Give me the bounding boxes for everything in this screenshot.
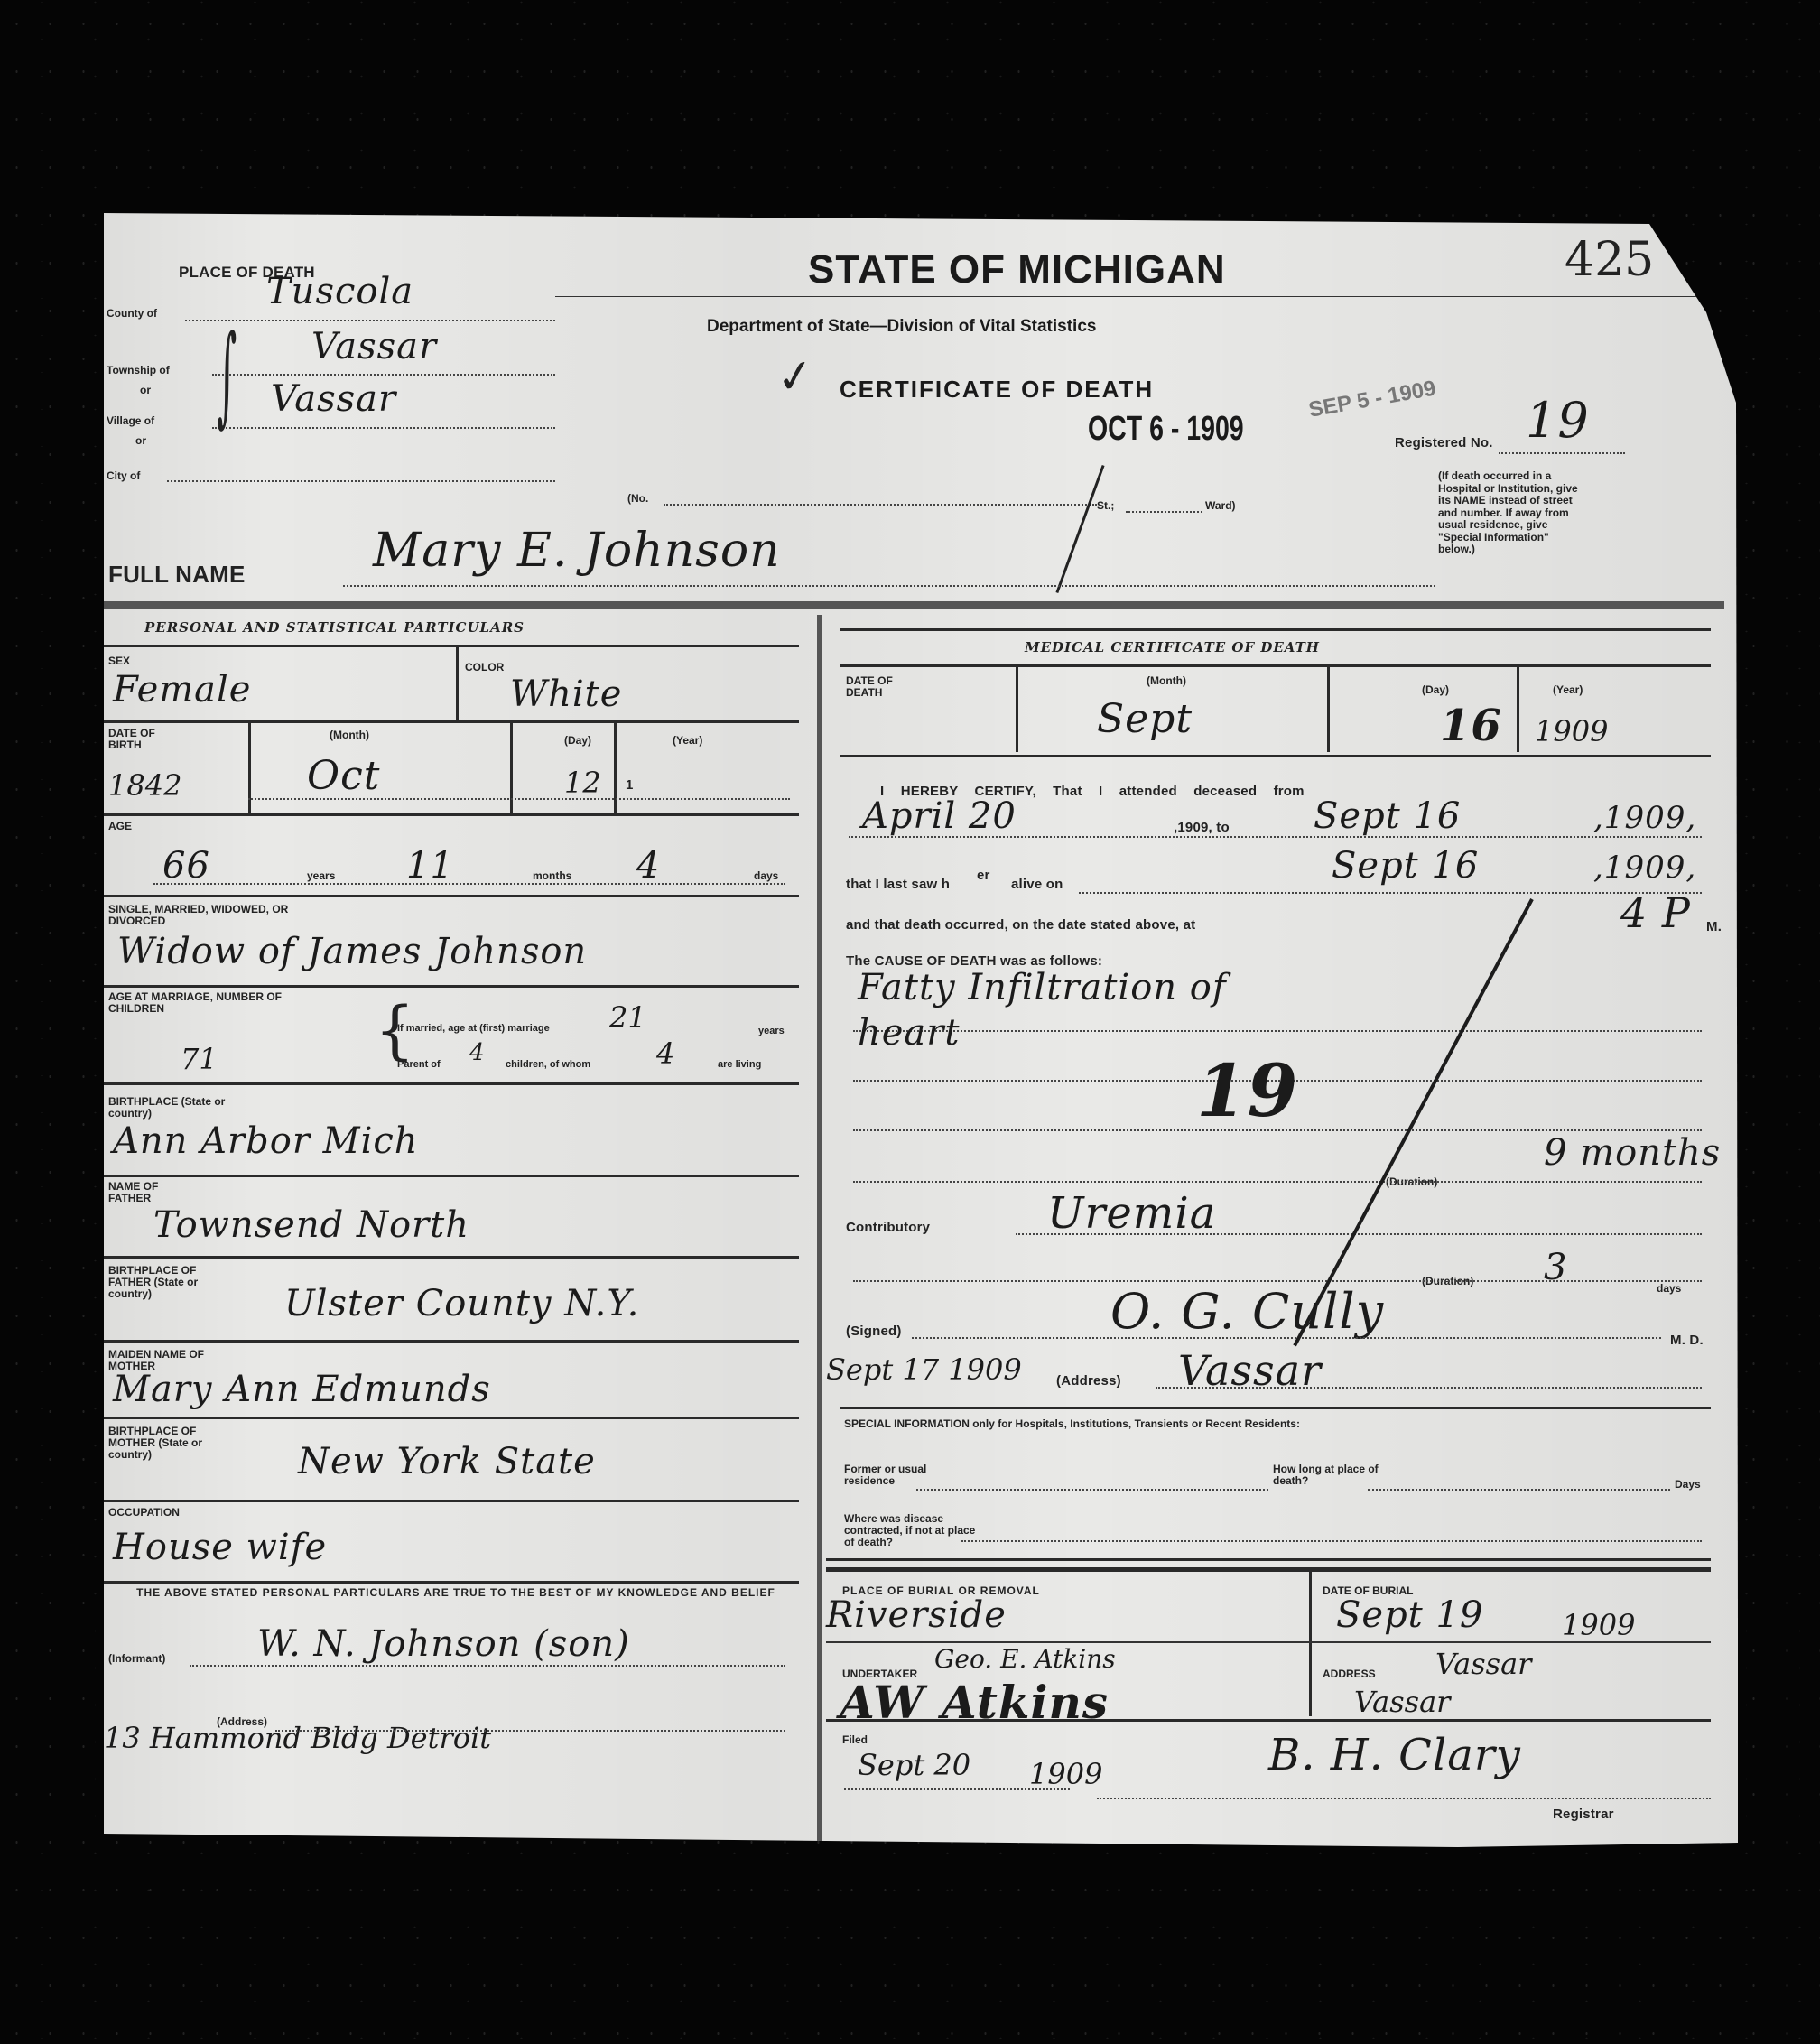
full-name-label: FULL NAME (108, 561, 246, 589)
rule (1097, 1798, 1711, 1799)
marital-label: SINGLE, MARRIED, WIDOWED, OR DIVORCED (108, 904, 343, 927)
dod-month-value: Sept (1097, 696, 1193, 742)
rule (104, 1581, 799, 1584)
diagonal-pen-stroke (1293, 898, 1533, 1346)
rule (104, 1417, 799, 1419)
dob-year-prefix: 1842 (108, 768, 181, 803)
rule (840, 755, 1711, 757)
dod-day-value: 16 (1440, 701, 1502, 751)
living-value: 4 (656, 1036, 674, 1071)
serial-number: 425 (1565, 233, 1654, 287)
informant-label: (Informant) (108, 1653, 165, 1665)
alive-on-text: alive on (1011, 877, 1063, 892)
rule (1368, 1489, 1670, 1491)
pen-stroke (1055, 465, 1104, 593)
occupation-label: OCCUPATION (108, 1507, 180, 1519)
rule (1309, 1572, 1312, 1716)
rule (840, 1407, 1711, 1409)
received-stamp: OCT 6 - 1909 (1088, 410, 1244, 449)
rule (104, 1340, 799, 1343)
or-label-1: or (140, 385, 151, 396)
sex-value: Female (113, 669, 251, 711)
months-label: months (533, 870, 571, 882)
filed-date-value: Sept 20 (858, 1748, 970, 1782)
former-residence-label: Former or usual residence (844, 1463, 943, 1487)
father-birthplace-value: Ulster County N.Y. (284, 1283, 639, 1324)
birthplace-label: BIRTHPLACE (State or country) (108, 1096, 244, 1120)
burial-date-value: Sept 19 (1336, 1594, 1483, 1636)
registrar-label: Registrar (1553, 1807, 1614, 1822)
rule (456, 646, 459, 720)
death-certificate: PLACE OF DEATH County of Tuscola Townshi… (104, 213, 1738, 1847)
age-months-value: 11 (406, 845, 454, 887)
married-age-text: If married, age at (first) marriage (397, 1023, 550, 1035)
hospital-note: (If death occurred in a Hospital or Inst… (1438, 470, 1587, 556)
age-years-value: 66 (162, 845, 210, 887)
township-value: Vassar (311, 326, 437, 367)
dod-day-label: (Day) (1422, 684, 1449, 696)
married-age-unit: years (758, 1026, 785, 1037)
rule (826, 1567, 1711, 1572)
parent-of-text: Parent of (397, 1059, 441, 1071)
dod-label: DATE OF DEATH (846, 675, 918, 699)
attended-to-value: Sept 16 (1314, 795, 1461, 837)
signed-date-value: Sept 17 1909 (826, 1352, 1022, 1387)
married-age-value: 21 (609, 1000, 646, 1035)
duration-unit-label: days (1657, 1283, 1681, 1295)
dod-year-label: (Year) (1553, 684, 1583, 696)
attended-from-value: April 20 (862, 795, 1017, 837)
father-value: Townsend North (153, 1204, 469, 1246)
dod-month-label: (Month) (1147, 675, 1186, 687)
parent-of-value: 4 (469, 1039, 485, 1066)
rule (826, 1558, 1711, 1561)
village-label: Village of (107, 415, 154, 427)
rule (840, 664, 1711, 667)
full-name-line (343, 585, 1435, 587)
township-line (212, 374, 555, 376)
dob-month-label: (Month) (330, 729, 369, 741)
last-saw-text: that I last saw h (846, 877, 950, 892)
rule (104, 1082, 799, 1085)
age-at-marriage-label: AGE AT MARRIAGE, NUMBER OF CHILDREN (108, 991, 289, 1015)
rule (104, 720, 799, 723)
county-label: County of (107, 308, 157, 320)
rule (961, 1540, 1702, 1542)
signed-label: (Signed) (846, 1324, 902, 1339)
village-value: Vassar (271, 378, 396, 420)
years-label: years (307, 870, 335, 882)
dob-year-label: (Year) (673, 735, 702, 747)
dob-month-value: Oct (307, 753, 380, 799)
column-divider (817, 615, 822, 1843)
how-long-label: How long at place of death? (1273, 1463, 1381, 1487)
name-divider (104, 601, 1724, 609)
father-birthplace-label: BIRTHPLACE OF FATHER (State or country) (108, 1265, 235, 1300)
are-living-text: are living (718, 1059, 761, 1071)
rule (510, 723, 513, 813)
faint-stamp: SEP 5 - 1909 (1307, 376, 1438, 423)
year-end-text: ,1909, (1593, 800, 1696, 836)
full-name-value: Mary E. Johnson (373, 524, 781, 578)
cause-line2-value: heart (858, 1012, 960, 1054)
contributory-label: Contributory (846, 1220, 930, 1235)
last-saw-pronoun: er (977, 868, 990, 883)
death-occurred-text: and that death occurred, on the date sta… (846, 917, 1195, 933)
dob-day-label: (Day) (564, 735, 591, 747)
rule (248, 723, 251, 813)
rule (614, 723, 617, 813)
age-days-value: 4 (636, 845, 660, 887)
registrar-signature: B. H. Clary (1268, 1730, 1521, 1780)
mother-birthplace-label: BIRTHPLACE OF MOTHER (State or country) (108, 1426, 235, 1461)
registered-no-value: 19 (1526, 392, 1590, 449)
rule (849, 836, 1702, 838)
dod-year-value: 1909 (1535, 714, 1608, 748)
burial-address-line1: Vassar (1435, 1647, 1531, 1681)
md-label: M. D. (1670, 1333, 1704, 1348)
disease-contracted-label: Where was disease contracted, if not at … (844, 1513, 980, 1548)
bracket-mark: ∫ (217, 312, 237, 438)
last-saw-date-value: Sept 16 (1332, 845, 1479, 887)
rule (1156, 1387, 1702, 1389)
registered-no-label: Registered No. (1395, 435, 1493, 451)
rule (912, 1337, 1661, 1339)
contributory-value: Uremia (1047, 1188, 1216, 1239)
dob-label: DATE OF BIRTH (108, 728, 181, 751)
last-saw-year: ,1909, (1593, 850, 1696, 886)
county-line (185, 320, 555, 321)
undertaker-note: Geo. E. Atkins (934, 1644, 1116, 1674)
birthplace-value: Ann Arbor Mich (113, 1120, 419, 1162)
sex-label: SEX (108, 655, 130, 667)
informant-address-value: 13 Hammond Bldg Detroit (104, 1721, 491, 1755)
rule (104, 985, 799, 988)
rule (104, 1256, 799, 1259)
contrib-duration-value: 3 (1544, 1247, 1567, 1288)
rule (248, 798, 790, 800)
medical-heading: MEDICAL CERTIFICATE OF DEATH (1025, 639, 1320, 655)
city-line (167, 480, 555, 482)
attestation-text: THE ABOVE STATED PERSONAL PARTICULARS AR… (113, 1587, 799, 1599)
personal-heading: PERSONAL AND STATISTICAL PARTICULARS (144, 619, 525, 636)
cause-line1-value: Fatty Infiltration of (858, 967, 1227, 1008)
marital-value: Widow of James Johnson (117, 931, 587, 972)
rule (1327, 666, 1330, 752)
signed-value: O. G. Cully (1110, 1283, 1384, 1340)
special-days-label: Days (1675, 1479, 1701, 1491)
rule (853, 1129, 1702, 1131)
rule (1079, 892, 1702, 894)
burial-year-value: 1909 (1562, 1608, 1635, 1642)
rule (844, 1788, 1070, 1790)
burial-address-line2: Vassar (1354, 1685, 1450, 1719)
occupation-value: House wife (113, 1527, 327, 1568)
rule (275, 1730, 785, 1732)
informant-value: W. N. Johnson (son) (257, 1623, 630, 1665)
color-value: White (510, 674, 622, 715)
children-count-value: 71 (181, 1042, 218, 1076)
rule (104, 1500, 799, 1502)
rule (853, 1181, 1702, 1183)
mother-birthplace-value: New York State (298, 1441, 596, 1482)
rule (104, 813, 799, 816)
dob-day-value: 12 (564, 766, 601, 800)
filed-year-value: 1909 (1029, 1757, 1102, 1791)
township-label: Township of (107, 365, 170, 376)
rule (104, 895, 799, 897)
st-label: St.; (1097, 500, 1114, 512)
rule (853, 1030, 1702, 1032)
special-info-heading: SPECIAL INFORMATION only for Hospitals, … (844, 1418, 1300, 1430)
ward-label: Ward) (1205, 500, 1236, 512)
rule (1016, 1233, 1702, 1235)
rule (916, 1489, 1268, 1491)
or-label-2: or (135, 435, 146, 447)
rule (853, 1280, 1702, 1282)
cause-duration-mark: 19 (1196, 1048, 1298, 1133)
age-label: AGE (108, 821, 132, 832)
city-label: City of (107, 470, 140, 482)
certificate-title: CERTIFICATE OF DEATH (840, 376, 1154, 404)
signed-address-label: (Address) (1056, 1373, 1121, 1389)
rule (826, 1719, 1711, 1722)
death-time-value: 4 P (1620, 888, 1691, 937)
department-line: Department of State—Division of Vital St… (707, 317, 1096, 337)
burial-address-label: ADDRESS (1323, 1668, 1376, 1680)
st-line (1126, 511, 1202, 513)
duration-value: 9 months (1544, 1132, 1721, 1174)
m-label: M. (1706, 919, 1722, 934)
rule (840, 628, 1711, 631)
no-line (664, 504, 1097, 506)
header-rule (555, 296, 1711, 297)
father-label: NAME OF FATHER (108, 1181, 199, 1204)
rule (1517, 666, 1519, 752)
filed-label: Filed (842, 1734, 868, 1746)
burial-place-value: Riverside (826, 1594, 1007, 1636)
dob-year-value: 1 (626, 777, 634, 793)
rule (104, 645, 799, 647)
rule (190, 1665, 785, 1667)
rule (153, 883, 785, 885)
mother-value: Mary Ann Edmunds (113, 1369, 491, 1410)
no-label: (No. (627, 493, 648, 505)
rule (826, 1641, 1711, 1643)
rule (1016, 666, 1018, 752)
registered-no-line (1499, 452, 1625, 454)
days-label: days (754, 870, 778, 882)
state-title: STATE OF MICHIGAN (808, 247, 1226, 293)
color-label: COLOR (465, 662, 504, 674)
county-value: Tuscola (266, 271, 413, 312)
rule (104, 1175, 799, 1177)
village-line (212, 427, 555, 429)
children-of-whom-text: children, of whom (506, 1059, 590, 1071)
check-mark-icon: ✓ (773, 348, 818, 404)
year-mid-text: ,1909, to (1174, 820, 1230, 835)
